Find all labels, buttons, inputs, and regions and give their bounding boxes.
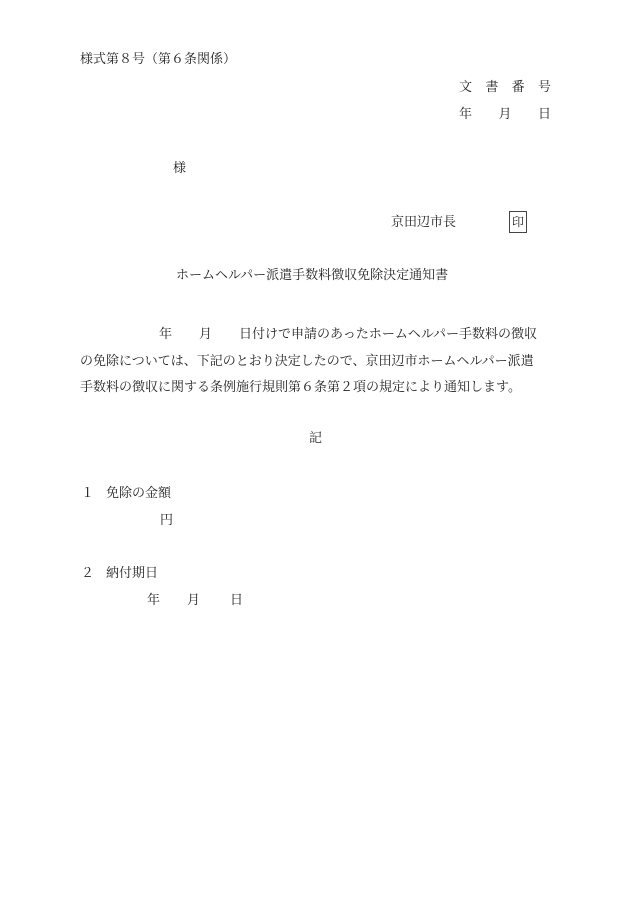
item-number: ２ <box>81 567 106 580</box>
date-month: 月 <box>498 108 511 121</box>
body-year: 年 <box>159 327 172 342</box>
body-line-3: 手数料の徴収に関する条例施行規則第６条第２項の規定により通知します。 <box>80 375 560 402</box>
recipient-salutation: 様 <box>173 162 186 175</box>
document-title: ホームヘルパー派遣手数料徴収免除決定通知書 <box>176 269 448 282</box>
item-number: １ <box>81 487 106 500</box>
notice-body: 年月日付けで申請のあったホームヘルパー手数料の徴収 の免除については、下記のとお… <box>80 322 560 402</box>
item-heading: 免除の金額 <box>106 486 171 501</box>
exemption-amount-unit: 円 <box>160 514 173 527</box>
doc-number-char: 文 <box>459 81 472 94</box>
date-year: 年 <box>459 108 472 121</box>
item-payment-due-date: ２納付期日 <box>81 567 158 580</box>
document-number-label: 文 書 番 号 <box>459 81 551 94</box>
item-heading: 納付期日 <box>106 566 158 581</box>
body-line-1-text: 日付けで申請のあったホームヘルパー手数料の徴収 <box>239 327 537 342</box>
form-number: 様式第８号（第６条関係） <box>80 53 236 66</box>
due-day: 日 <box>230 593 243 608</box>
seal-mark: 印 <box>509 211 527 233</box>
ki-heading: 記 <box>309 432 322 445</box>
body-month: 月 <box>199 327 212 342</box>
payment-due-date-value: 年月日 <box>147 594 243 607</box>
item-exemption-amount: １免除の金額 <box>81 487 171 500</box>
issuer-name: 京田辺市長 <box>391 216 456 229</box>
doc-number-char: 番 <box>512 81 525 94</box>
issue-date-label: 年 月 日 <box>459 108 551 121</box>
doc-number-char: 号 <box>538 81 551 94</box>
due-year: 年 <box>147 593 160 608</box>
date-day: 日 <box>538 108 551 121</box>
doc-number-char: 書 <box>485 81 498 94</box>
body-line-2: の免除については、下記のとおり決定したので、京田辺市ホームヘルパー派遣 <box>80 349 560 376</box>
due-month: 月 <box>187 593 200 608</box>
body-line-1: 年月日付けで申請のあったホームヘルパー手数料の徴収 <box>80 322 560 349</box>
